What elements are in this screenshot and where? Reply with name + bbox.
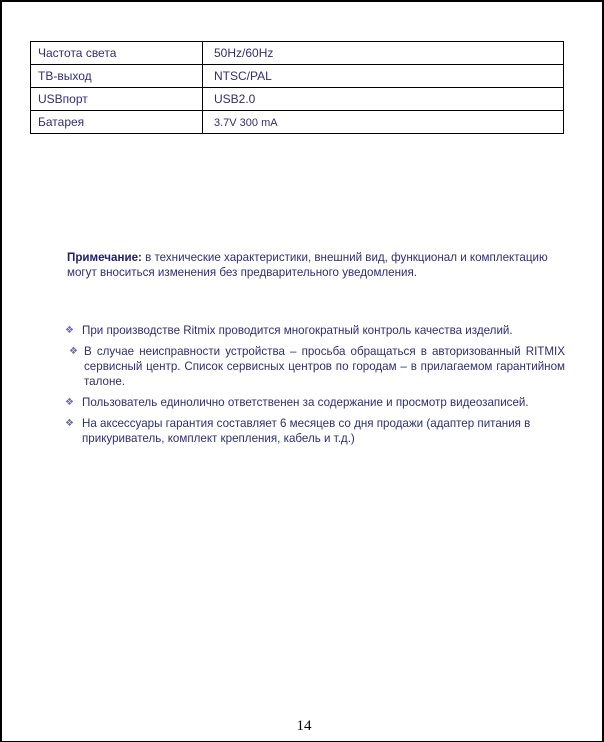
document-page: Частота света 50Hz/60Hz ТВ-выход NTSC/PA… bbox=[0, 0, 604, 742]
table-row: USBпорт USB2.0 bbox=[31, 88, 564, 111]
table-row: Батарея 3.7V 300 mA bbox=[31, 111, 564, 134]
list-item-text: В случае неисправности устройства – прос… bbox=[84, 345, 565, 388]
specifications-table: Частота света 50Hz/60Hz ТВ-выход NTSC/PA… bbox=[30, 41, 564, 134]
spec-label: ТВ-выход bbox=[31, 65, 203, 88]
note-paragraph: Примечание: в технические характеристики… bbox=[67, 250, 577, 280]
spec-label: Батарея bbox=[31, 111, 203, 134]
spec-value: 50Hz/60Hz bbox=[203, 42, 564, 65]
diamond-bullet-icon: ❖ bbox=[65, 416, 74, 431]
table-row: Частота света 50Hz/60Hz bbox=[31, 42, 564, 65]
list-item-text: Пользователь единолично ответственен за … bbox=[82, 396, 529, 409]
diamond-bullet-icon: ❖ bbox=[65, 323, 74, 338]
spec-value-text: 3.7V 300 mA bbox=[214, 117, 278, 129]
list-item: ❖ На аксессуары гарантия составляет 6 ме… bbox=[65, 416, 565, 446]
note-label: Примечание: bbox=[67, 251, 142, 264]
list-item: ❖ Пользователь единолично ответственен з… bbox=[65, 395, 565, 410]
list-item: ❖ В случае неисправности устройства – пр… bbox=[65, 344, 565, 389]
list-item: ❖ При производстве Ritmix проводится мно… bbox=[65, 323, 565, 338]
spec-value: USB2.0 bbox=[203, 88, 564, 111]
list-item-text: При производстве Ritmix проводится много… bbox=[82, 324, 513, 337]
spec-label: Частота света bbox=[31, 42, 203, 65]
spec-label: USBпорт bbox=[31, 88, 203, 111]
table-row: ТВ-выход NTSC/PAL bbox=[31, 65, 564, 88]
diamond-bullet-icon: ❖ bbox=[65, 395, 74, 410]
page-number: 14 bbox=[2, 718, 604, 735]
list-item-text: На аксессуары гарантия составляет 6 меся… bbox=[82, 417, 530, 445]
spec-value: 3.7V 300 mA bbox=[203, 111, 564, 134]
spec-value: NTSC/PAL bbox=[203, 65, 564, 88]
diamond-bullet-icon: ❖ bbox=[69, 344, 78, 359]
warranty-list: ❖ При производстве Ritmix проводится мно… bbox=[65, 323, 565, 452]
